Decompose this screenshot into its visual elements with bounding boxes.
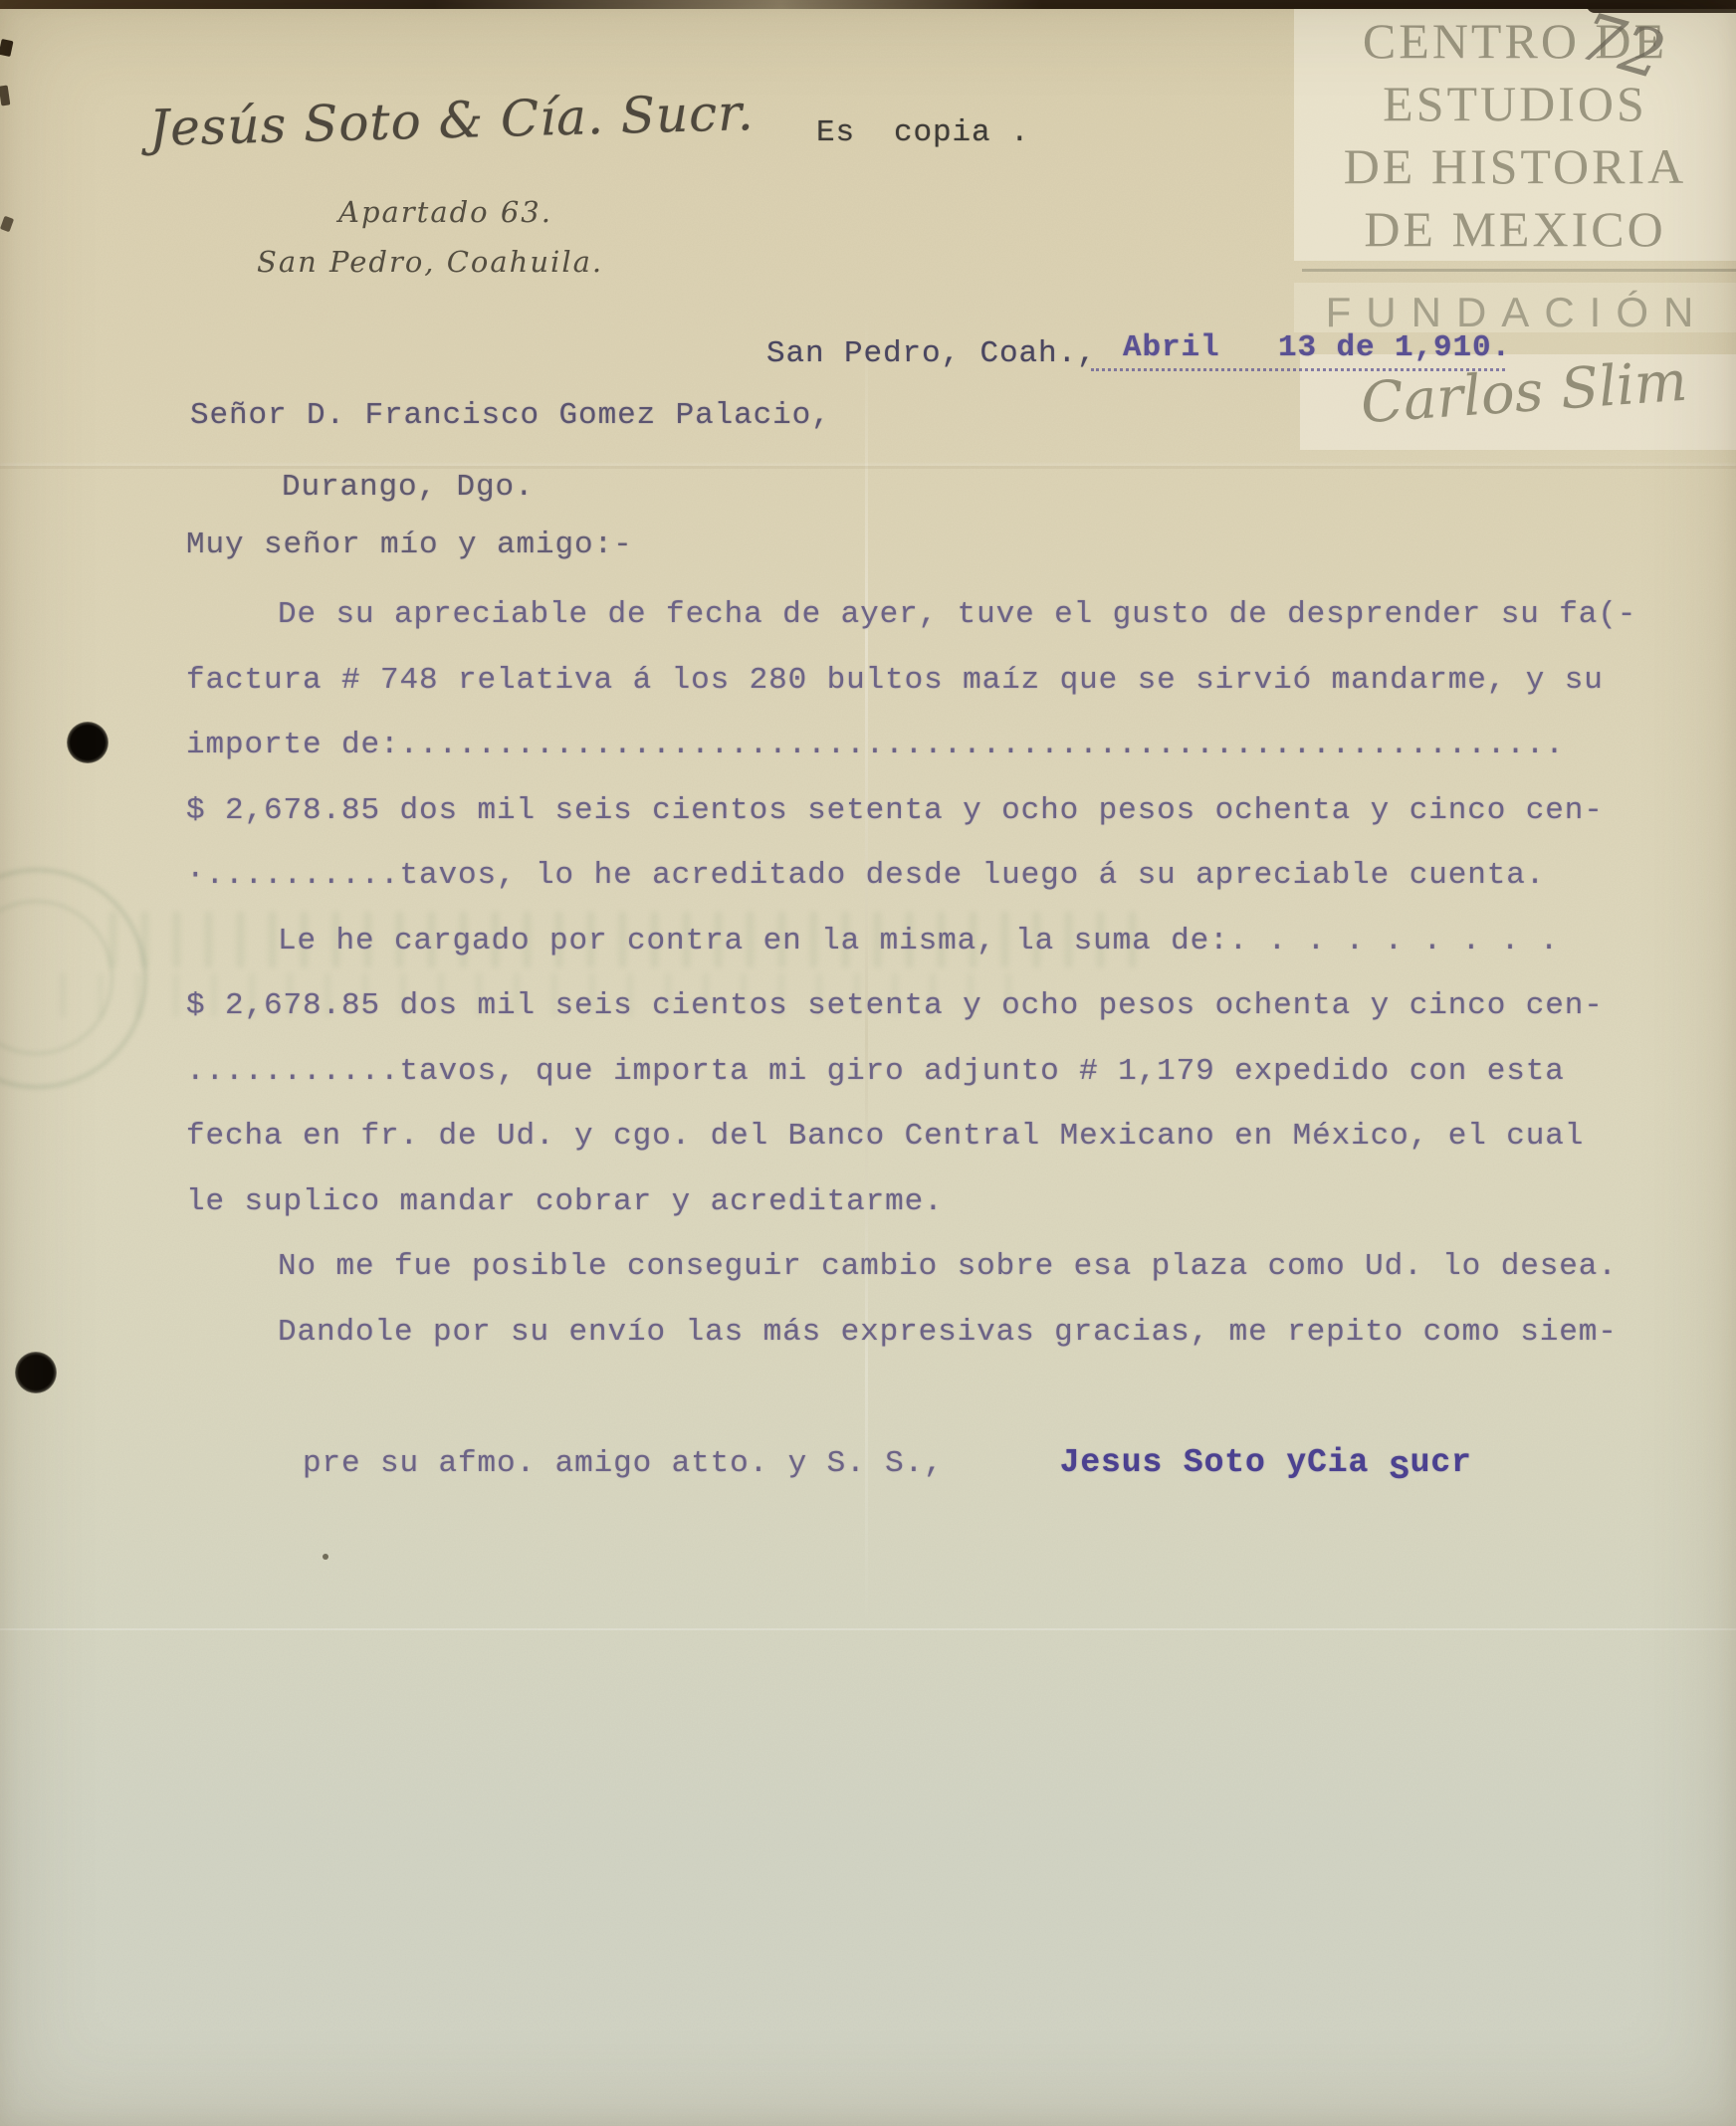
closing-text: pre su afmo. amigo atto. y S. S., <box>303 1446 944 1481</box>
body-line: $ 2,678.85 dos mil seis cientos setenta … <box>186 973 1669 1039</box>
body-line: De su apreciable de fecha de ayer, tuve … <box>186 582 1669 648</box>
punch-hole <box>67 722 108 763</box>
letterhead-po-box: Apartado 63. <box>338 195 552 229</box>
watermark-text: DE HISTORIA <box>1294 137 1736 195</box>
closing-line: pre su afmo. amigo atto. y S. S.,Jesus S… <box>186 1365 1669 1430</box>
body-line: ·..........tavos, lo he acreditado desde… <box>186 843 1669 909</box>
horizontal-fold-crease <box>0 1628 1736 1630</box>
body-line: $ 2,678.85 dos mil seis cientos setenta … <box>186 778 1669 844</box>
body-line: fecha en fr. de Ud. y cgo. del Banco Cen… <box>186 1104 1669 1169</box>
recipient-city: Durango, Dgo. <box>282 470 535 505</box>
letterhead-city: San Pedro, Coahuila. <box>257 245 603 279</box>
scan-top-edge-right <box>1587 0 1736 13</box>
body-line: No me fue posible conseguir cambio sobre… <box>186 1234 1669 1300</box>
copy-note: Es copia . <box>816 115 1030 150</box>
scan-top-edge <box>0 0 1736 9</box>
body-line: le suplico mandar cobrar y acreditarme. <box>186 1169 1669 1235</box>
signature-part: Jesus Soto yCia <box>1060 1444 1390 1481</box>
body-line: importe de:.............................… <box>186 713 1669 778</box>
scanned-letter-page: CENTRO DE ESTUDIOS DE HISTORIA DE MEXICO… <box>0 0 1736 2126</box>
dateline-date: Abril 13 de 1,910. <box>1123 330 1511 365</box>
letterhead-company-name: Jesús Soto & Cía. Sucr. <box>148 84 755 157</box>
recipient-name: Señor D. Francisco Gomez Palacio, <box>190 398 831 433</box>
watermark-text: ESTUDIOS <box>1294 75 1736 132</box>
paper-speck <box>323 1554 328 1560</box>
body-line: ...........tavos, que importa mi giro ad… <box>186 1039 1669 1105</box>
dateline-dotted-rule: Abril 13 de 1,910. <box>1091 328 1505 371</box>
body-line: factura # 748 relativa á los 280 bultos … <box>186 648 1669 714</box>
horizontal-fold-crease <box>0 466 1736 469</box>
dateline-place: San Pedro, Coah., <box>766 336 1097 371</box>
body-line: Le he cargado por contra en la misma, la… <box>186 909 1669 974</box>
body-line: Dandole por su envío las más expresivas … <box>186 1300 1669 1366</box>
typed-company-signature: Jesus Soto yCia Sucr <box>1060 1444 1472 1481</box>
punch-hole <box>15 1352 57 1393</box>
edge-speck <box>0 39 14 57</box>
signature-part: ucr <box>1410 1444 1472 1481</box>
watermark-text: DE MEXICO <box>1294 200 1736 258</box>
salutation: Muy señor mío y amigo:- <box>186 528 633 562</box>
watermark-divider <box>1302 269 1736 272</box>
edge-speck <box>0 85 10 106</box>
letter-body: De su apreciable de fecha de ayer, tuve … <box>186 582 1669 1430</box>
edge-speck <box>0 216 14 233</box>
signature-part: S <box>1390 1451 1410 1488</box>
